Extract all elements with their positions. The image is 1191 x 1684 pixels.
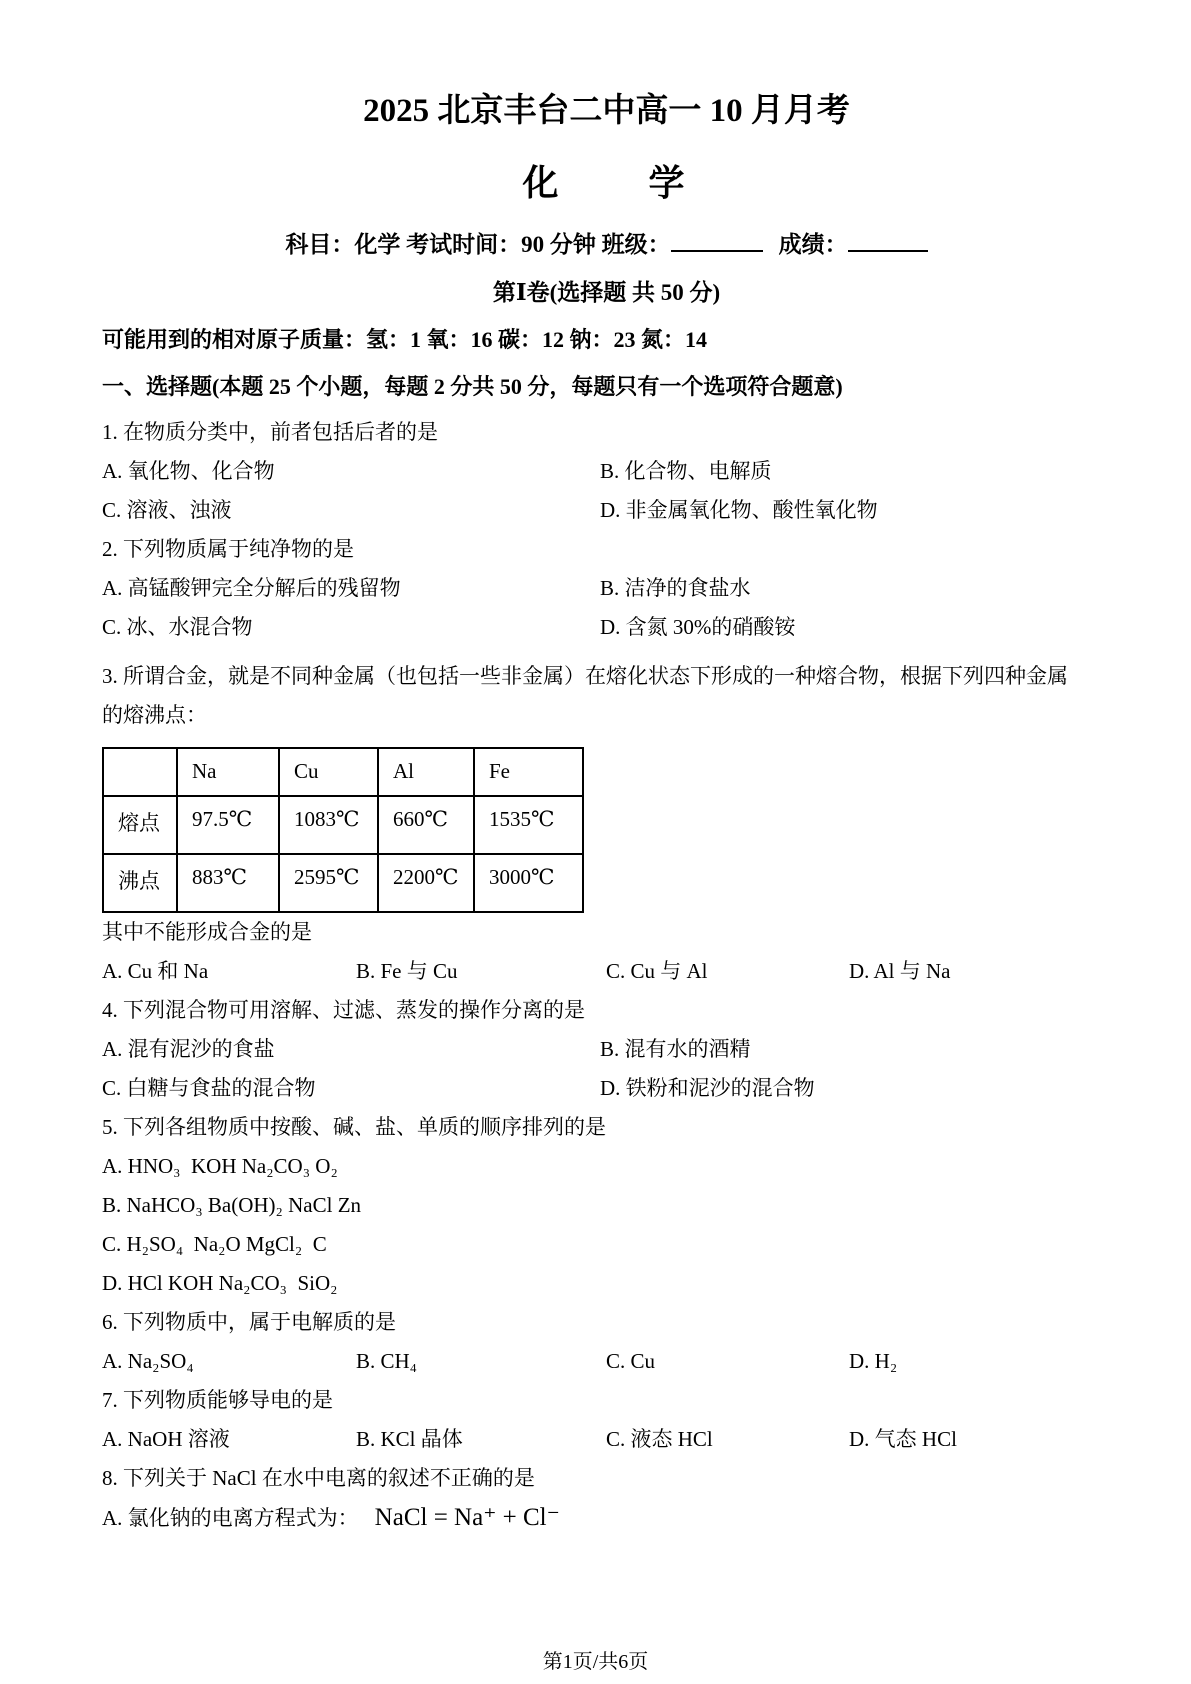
question-3-stem-line1: 3. 所谓合金，就是不同种金属（也包括一些非金属）在熔化状态下形成的一种熔合物，… xyxy=(102,657,1111,696)
question-2-option-b: B. 洁净的食盐水 xyxy=(600,569,1111,608)
question-5-option-c: C. H₂SO₄ Na₂O MgCl₂ C xyxy=(102,1225,1111,1264)
alloy-table-header-al: Al xyxy=(378,748,474,796)
alloy-table-boiling-label: 沸点 xyxy=(103,854,177,912)
question-7-option-d: D. 气态 HCl xyxy=(849,1420,1111,1459)
question-1-option-d: D. 非金属氧化物、酸性氧化物 xyxy=(600,491,1111,530)
question-6-option-d: D. H₂ xyxy=(849,1342,1111,1381)
question-3-option-b: B. Fe 与 Cu xyxy=(356,952,606,991)
question-1-options-row-cd: C. 溶液、浊液 D. 非金属氧化物、酸性氧化物 xyxy=(102,491,1111,530)
question-2-stem: 2. 下列物质属于纯净物的是 xyxy=(102,530,1111,569)
alloy-table-melting-label: 熔点 xyxy=(103,796,177,854)
question-4-option-b: B. 混有水的酒精 xyxy=(600,1030,1111,1069)
alloy-table-header-row: Na Cu Al Fe xyxy=(103,748,583,796)
question-2-options-row-ab: A. 高锰酸钾完全分解后的残留物 B. 洁净的食盐水 xyxy=(102,569,1111,608)
question-3-option-c: C. Cu 与 Al xyxy=(606,952,849,991)
ionization-equation: NaCl = Na⁺ + Cl⁻ xyxy=(375,1504,560,1531)
question-3-note: 其中不能形成合金的是 xyxy=(102,913,1111,952)
question-4-options-row-ab: A. 混有泥沙的食盐 B. 混有水的酒精 xyxy=(102,1030,1111,1069)
alloy-table-melting-cu: 1083℃ xyxy=(279,796,378,854)
section-1-header: 第Ⅰ卷(选择题 共 50 分) xyxy=(102,274,1111,312)
question-5-option-b: B. NaHCO₃ Ba(OH)₂ NaCl Zn xyxy=(102,1186,1111,1225)
alloy-table-header-fe: Fe xyxy=(474,748,583,796)
alloy-table-header-empty xyxy=(103,748,177,796)
alloy-table-melting-fe: 1535℃ xyxy=(474,796,583,854)
alloy-table-header-cu: Cu xyxy=(279,748,378,796)
section-1-instruction: 一、选择题(本题 25 个小题，每题 2 分共 50 分，每题只有一个选项符合题… xyxy=(102,368,1111,406)
alloy-table-header-na: Na xyxy=(177,748,279,796)
alloy-table-boiling-cu: 2595℃ xyxy=(279,854,378,912)
question-3-options-row: A. Cu 和 Na B. Fe 与 Cu C. Cu 与 Al D. Al 与… xyxy=(102,952,1111,991)
question-1-options-row-ab: A. 氧化物、化合物 B. 化合物、电解质 xyxy=(102,452,1111,491)
class-blank-field xyxy=(671,228,763,252)
question-1-option-b: B. 化合物、电解质 xyxy=(600,452,1111,491)
question-1-option-c: C. 溶液、浊液 xyxy=(102,491,600,530)
questions-area: 1. 在物质分类中，前者包括后者的是 A. 氧化物、化合物 B. 化合物、电解质… xyxy=(102,413,1111,1538)
question-4-option-c: C. 白糖与食盐的混合物 xyxy=(102,1069,600,1108)
question-2-option-c: C. 冰、水混合物 xyxy=(102,608,600,647)
question-2-options-row-cd: C. 冰、水混合物 D. 含氮 30%的硝酸铵 xyxy=(102,608,1111,647)
page-title: 2025 北京丰台二中高一 10 月月考 xyxy=(102,88,1111,134)
alloy-table-boiling-na: 883℃ xyxy=(177,854,279,912)
question-7-options-row: A. NaOH 溶液 B. KCl 晶体 C. 液态 HCl D. 气态 HCl xyxy=(102,1420,1111,1459)
score-label: 成绩： xyxy=(779,232,848,257)
alloy-table-melting-al: 660℃ xyxy=(378,796,474,854)
alloy-melting-boiling-table: Na Cu Al Fe 熔点 97.5℃ 1083℃ 660℃ 1535℃ 沸点… xyxy=(102,747,584,913)
question-5-option-d: D. HCl KOH Na₂CO₃ SiO₂ xyxy=(102,1264,1111,1303)
alloy-table-melting-na: 97.5℃ xyxy=(177,796,279,854)
score-blank-field xyxy=(848,228,928,252)
question-7-option-a: A. NaOH 溶液 xyxy=(102,1420,356,1459)
alloy-table-boiling-row: 沸点 883℃ 2595℃ 2200℃ 3000℃ xyxy=(103,854,583,912)
exam-meta-line: 科目：化学 考试时间：90 分钟 班级：成绩： xyxy=(102,226,1111,263)
question-6-option-c: C. Cu xyxy=(606,1342,849,1381)
alloy-table-melting-row: 熔点 97.5℃ 1083℃ 660℃ 1535℃ xyxy=(103,796,583,854)
question-6-option-b: B. CH₄ xyxy=(356,1342,606,1381)
question-4-option-d: D. 铁粉和泥沙的混合物 xyxy=(600,1069,1111,1108)
atomic-mass-note: 可能用到的相对原子质量：氢：1 氧：16 碳：12 钠：23 氮：14 xyxy=(102,321,1111,359)
question-5-stem: 5. 下列各组物质中按酸、碱、盐、单质的顺序排列的是 xyxy=(102,1108,1111,1147)
question-5-option-a: A. HNO₃ KOH Na₂CO₃ O₂ xyxy=(102,1147,1111,1186)
question-2-option-d: D. 含氮 30%的硝酸铵 xyxy=(600,608,1111,647)
question-4-stem: 4. 下列混合物可用溶解、过滤、蒸发的操作分离的是 xyxy=(102,991,1111,1030)
question-8-option-a: A. 氯化钠的电离方程式为：NaCl = Na⁺ + Cl⁻ xyxy=(102,1498,1111,1538)
question-1-option-a: A. 氧化物、化合物 xyxy=(102,452,600,491)
question-7-stem: 7. 下列物质能够导电的是 xyxy=(102,1381,1111,1420)
question-7-option-b: B. KCl 晶体 xyxy=(356,1420,606,1459)
question-3-option-a: A. Cu 和 Na xyxy=(102,952,356,991)
exam-page: 2025 北京丰台二中高一 10 月月考 化 学 科目：化学 考试时间：90 分… xyxy=(0,0,1191,1538)
question-8-stem: 8. 下列关于 NaCl 在水中电离的叙述不正确的是 xyxy=(102,1459,1111,1498)
page-footer: 第1页/共6页 xyxy=(0,1648,1191,1676)
question-6-option-a: A. Na₂SO₄ xyxy=(102,1342,356,1381)
exam-meta-prefix: 科目：化学 考试时间：90 分钟 班级： xyxy=(285,232,670,257)
question-2-option-a: A. 高锰酸钾完全分解后的残留物 xyxy=(102,569,600,608)
question-7-option-c: C. 液态 HCl xyxy=(606,1420,849,1459)
question-6-stem: 6. 下列物质中，属于电解质的是 xyxy=(102,1303,1111,1342)
subject-title: 化 学 xyxy=(102,160,1111,206)
alloy-table-boiling-al: 2200℃ xyxy=(378,854,474,912)
question-8-option-a-prefix: A. 氯化钠的电离方程式为： xyxy=(102,1506,359,1530)
question-6-options-row: A. Na₂SO₄ B. CH₄ C. Cu D. H₂ xyxy=(102,1342,1111,1381)
alloy-table-boiling-fe: 3000℃ xyxy=(474,854,583,912)
question-1-stem: 1. 在物质分类中，前者包括后者的是 xyxy=(102,413,1111,452)
question-4-option-a: A. 混有泥沙的食盐 xyxy=(102,1030,600,1069)
question-3-stem-line2: 的熔沸点： xyxy=(102,696,1111,735)
question-4-options-row-cd: C. 白糖与食盐的混合物 D. 铁粉和泥沙的混合物 xyxy=(102,1069,1111,1108)
question-3-option-d: D. Al 与 Na xyxy=(849,952,1111,991)
